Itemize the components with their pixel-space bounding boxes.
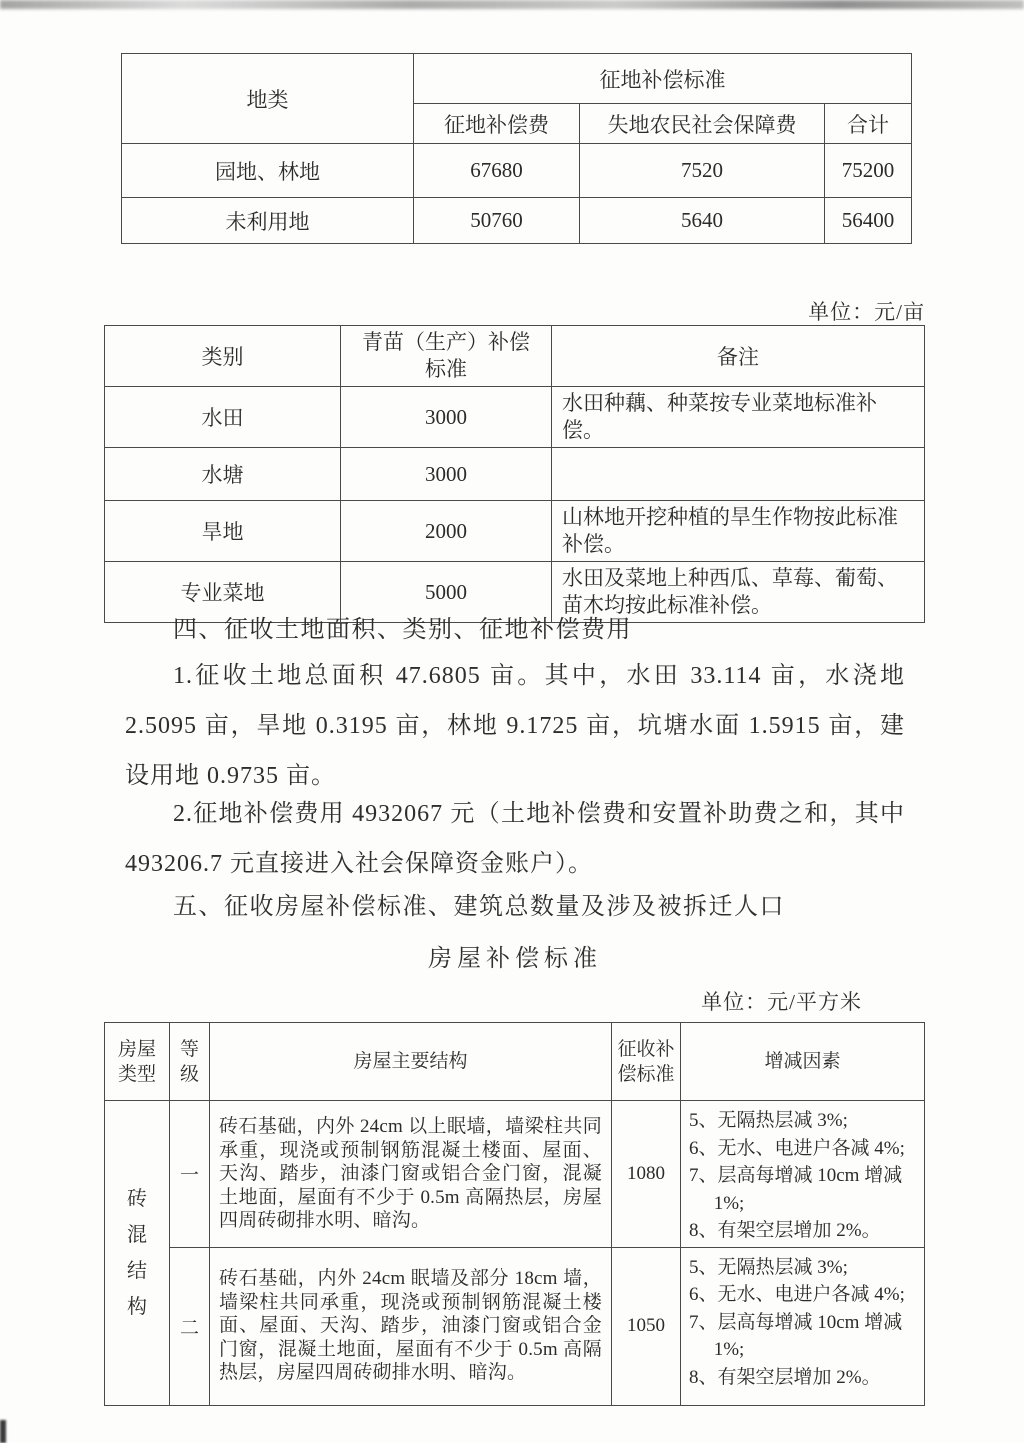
factor-item: 6、无水、电进户各减 4%; [689, 1281, 916, 1309]
table2-row1-standard: 3000 [341, 448, 552, 501]
table3-row0-standard: 1080 [612, 1101, 681, 1248]
table1-header-span: 征地补偿标准 [414, 54, 912, 104]
table2-header-category: 类别 [105, 326, 341, 387]
table1-subheader-total: 合计 [825, 104, 912, 144]
table3-header-structure: 房屋主要结构 [210, 1023, 612, 1101]
table-row: 旱地 2000 山林地开挖种植的旱生作物按此标准补偿。 [105, 501, 925, 562]
table2-row1-note [552, 448, 925, 501]
house-compensation-subtitle: 房屋补偿标准 [125, 938, 905, 973]
table3-header-house-type: 房屋类型 [105, 1023, 170, 1101]
table3-row0-grade: 一 [170, 1101, 210, 1248]
table1-row0-total: 75200 [825, 144, 912, 198]
table1-row1-fee: 50760 [414, 198, 580, 244]
table2-row2-standard: 2000 [341, 501, 552, 562]
section5-heading: 五、征收房屋补偿标准、建筑总数量及涉及被拆迁人口 [125, 886, 945, 921]
unit-label-per-sqm: 单位：元/平方米 [701, 986, 862, 1016]
section4-heading: 四、征收土地面积、类别、征地补偿费用 [125, 609, 905, 644]
document-page: 地类 征地补偿标准 征地补偿费 失地农民社会保障费 合计 园地、林地 67680… [0, 0, 1024, 1443]
table3-header-grade: 等级 [170, 1023, 210, 1101]
table1-row1-total: 56400 [825, 198, 912, 244]
table2-header-standard: 青苗（生产）补偿标准 [341, 326, 552, 387]
scan-artifact-top [0, 0, 1024, 9]
house-type-vertical-label: 砖混结构 [127, 1181, 148, 1325]
table-row: 水田 3000 水田种藕、种菜按专业菜地标准补偿。 [105, 387, 925, 448]
table2-row2-category: 旱地 [105, 501, 341, 562]
factor-item: 7、层高每增减 10cm 增减 1%; [689, 1309, 916, 1364]
table3-row1-standard: 1050 [612, 1247, 681, 1405]
table2-row0-note: 水田种藕、种菜按专业菜地标准补偿。 [552, 387, 925, 448]
table-row: 园地、林地 67680 7520 75200 [122, 144, 912, 198]
table1-subheader-social: 失地农民社会保障费 [580, 104, 825, 144]
table-row: 未利用地 50760 5640 56400 [122, 198, 912, 244]
table3-row0-structure: 砖石基础，内外 24cm 以上眠墙，墙梁柱共同承重，现浇或预制钢筋混凝土楼面、屋… [210, 1101, 612, 1248]
factor-item: 5、无隔热层减 3%; [689, 1107, 916, 1135]
table2-row1-category: 水塘 [105, 448, 341, 501]
table3-row1-structure: 砖石基础，内外 24cm 眠墙及部分 18cm 墙，墙梁柱共同承重，现浇或预制钢… [210, 1247, 612, 1405]
factor-item: 7、层高每增减 10cm 增减 1%; [689, 1162, 916, 1217]
crop-compensation-table: 类别 青苗（生产）补偿标准 备注 水田 3000 水田种藕、种菜按专业菜地标准补… [104, 325, 925, 623]
factor-item: 8、有架空层增加 2%。 [689, 1364, 916, 1392]
table3-row0-factors: 5、无隔热层减 3%; 6、无水、电进户各减 4%; 7、层高每增减 10cm … [681, 1101, 925, 1248]
table1-row0-land-type: 园地、林地 [122, 144, 414, 198]
table2-row0-standard: 3000 [341, 387, 552, 448]
table3-header-standard: 征收补偿标准 [612, 1023, 681, 1101]
table2-header-note: 备注 [552, 326, 925, 387]
table1-row0-fee: 67680 [414, 144, 580, 198]
section4-paragraph-2: 2.征地补偿费用 4932067 元（土地补偿费和安置补助费之和，其中 4932… [125, 789, 905, 889]
table-row: 砖混结构 一 砖石基础，内外 24cm 以上眠墙，墙梁柱共同承重，现浇或预制钢筋… [105, 1101, 925, 1248]
table2-row2-note: 山林地开挖种植的旱生作物按此标准补偿。 [552, 501, 925, 562]
table-row: 水塘 3000 [105, 448, 925, 501]
scan-artifact-bottom-left [0, 1420, 6, 1443]
table1-row0-social: 7520 [580, 144, 825, 198]
section4-paragraph-1: 1.征收土地总面积 47.6805 亩。其中，水田 33.114 亩，水浇地 2… [125, 651, 905, 801]
table1-row1-social: 5640 [580, 198, 825, 244]
factor-item: 5、无隔热层减 3%; [689, 1254, 916, 1282]
table2-row0-category: 水田 [105, 387, 341, 448]
land-compensation-table: 地类 征地补偿标准 征地补偿费 失地农民社会保障费 合计 园地、林地 67680… [121, 53, 912, 244]
table1-subheader-fee: 征地补偿费 [414, 104, 580, 144]
table3-house-type-cell: 砖混结构 [105, 1101, 170, 1406]
factor-item: 8、有架空层增加 2%。 [689, 1217, 916, 1245]
table3-row1-factors: 5、无隔热层减 3%; 6、无水、电进户各减 4%; 7、层高每增减 10cm … [681, 1247, 925, 1405]
table3-row1-grade: 二 [170, 1247, 210, 1405]
table-row: 二 砖石基础，内外 24cm 眠墙及部分 18cm 墙，墙梁柱共同承重，现浇或预… [105, 1247, 925, 1405]
table3-header-factors: 增减因素 [681, 1023, 925, 1101]
table1-header-land-type: 地类 [122, 54, 414, 144]
table1-row1-land-type: 未利用地 [122, 198, 414, 244]
factor-item: 6、无水、电进户各减 4%; [689, 1135, 916, 1163]
unit-label-per-mu: 单位：元/亩 [808, 296, 925, 326]
house-compensation-table: 房屋类型 等级 房屋主要结构 征收补偿标准 增减因素 砖混结构 一 砖石基础，内… [104, 1022, 925, 1406]
